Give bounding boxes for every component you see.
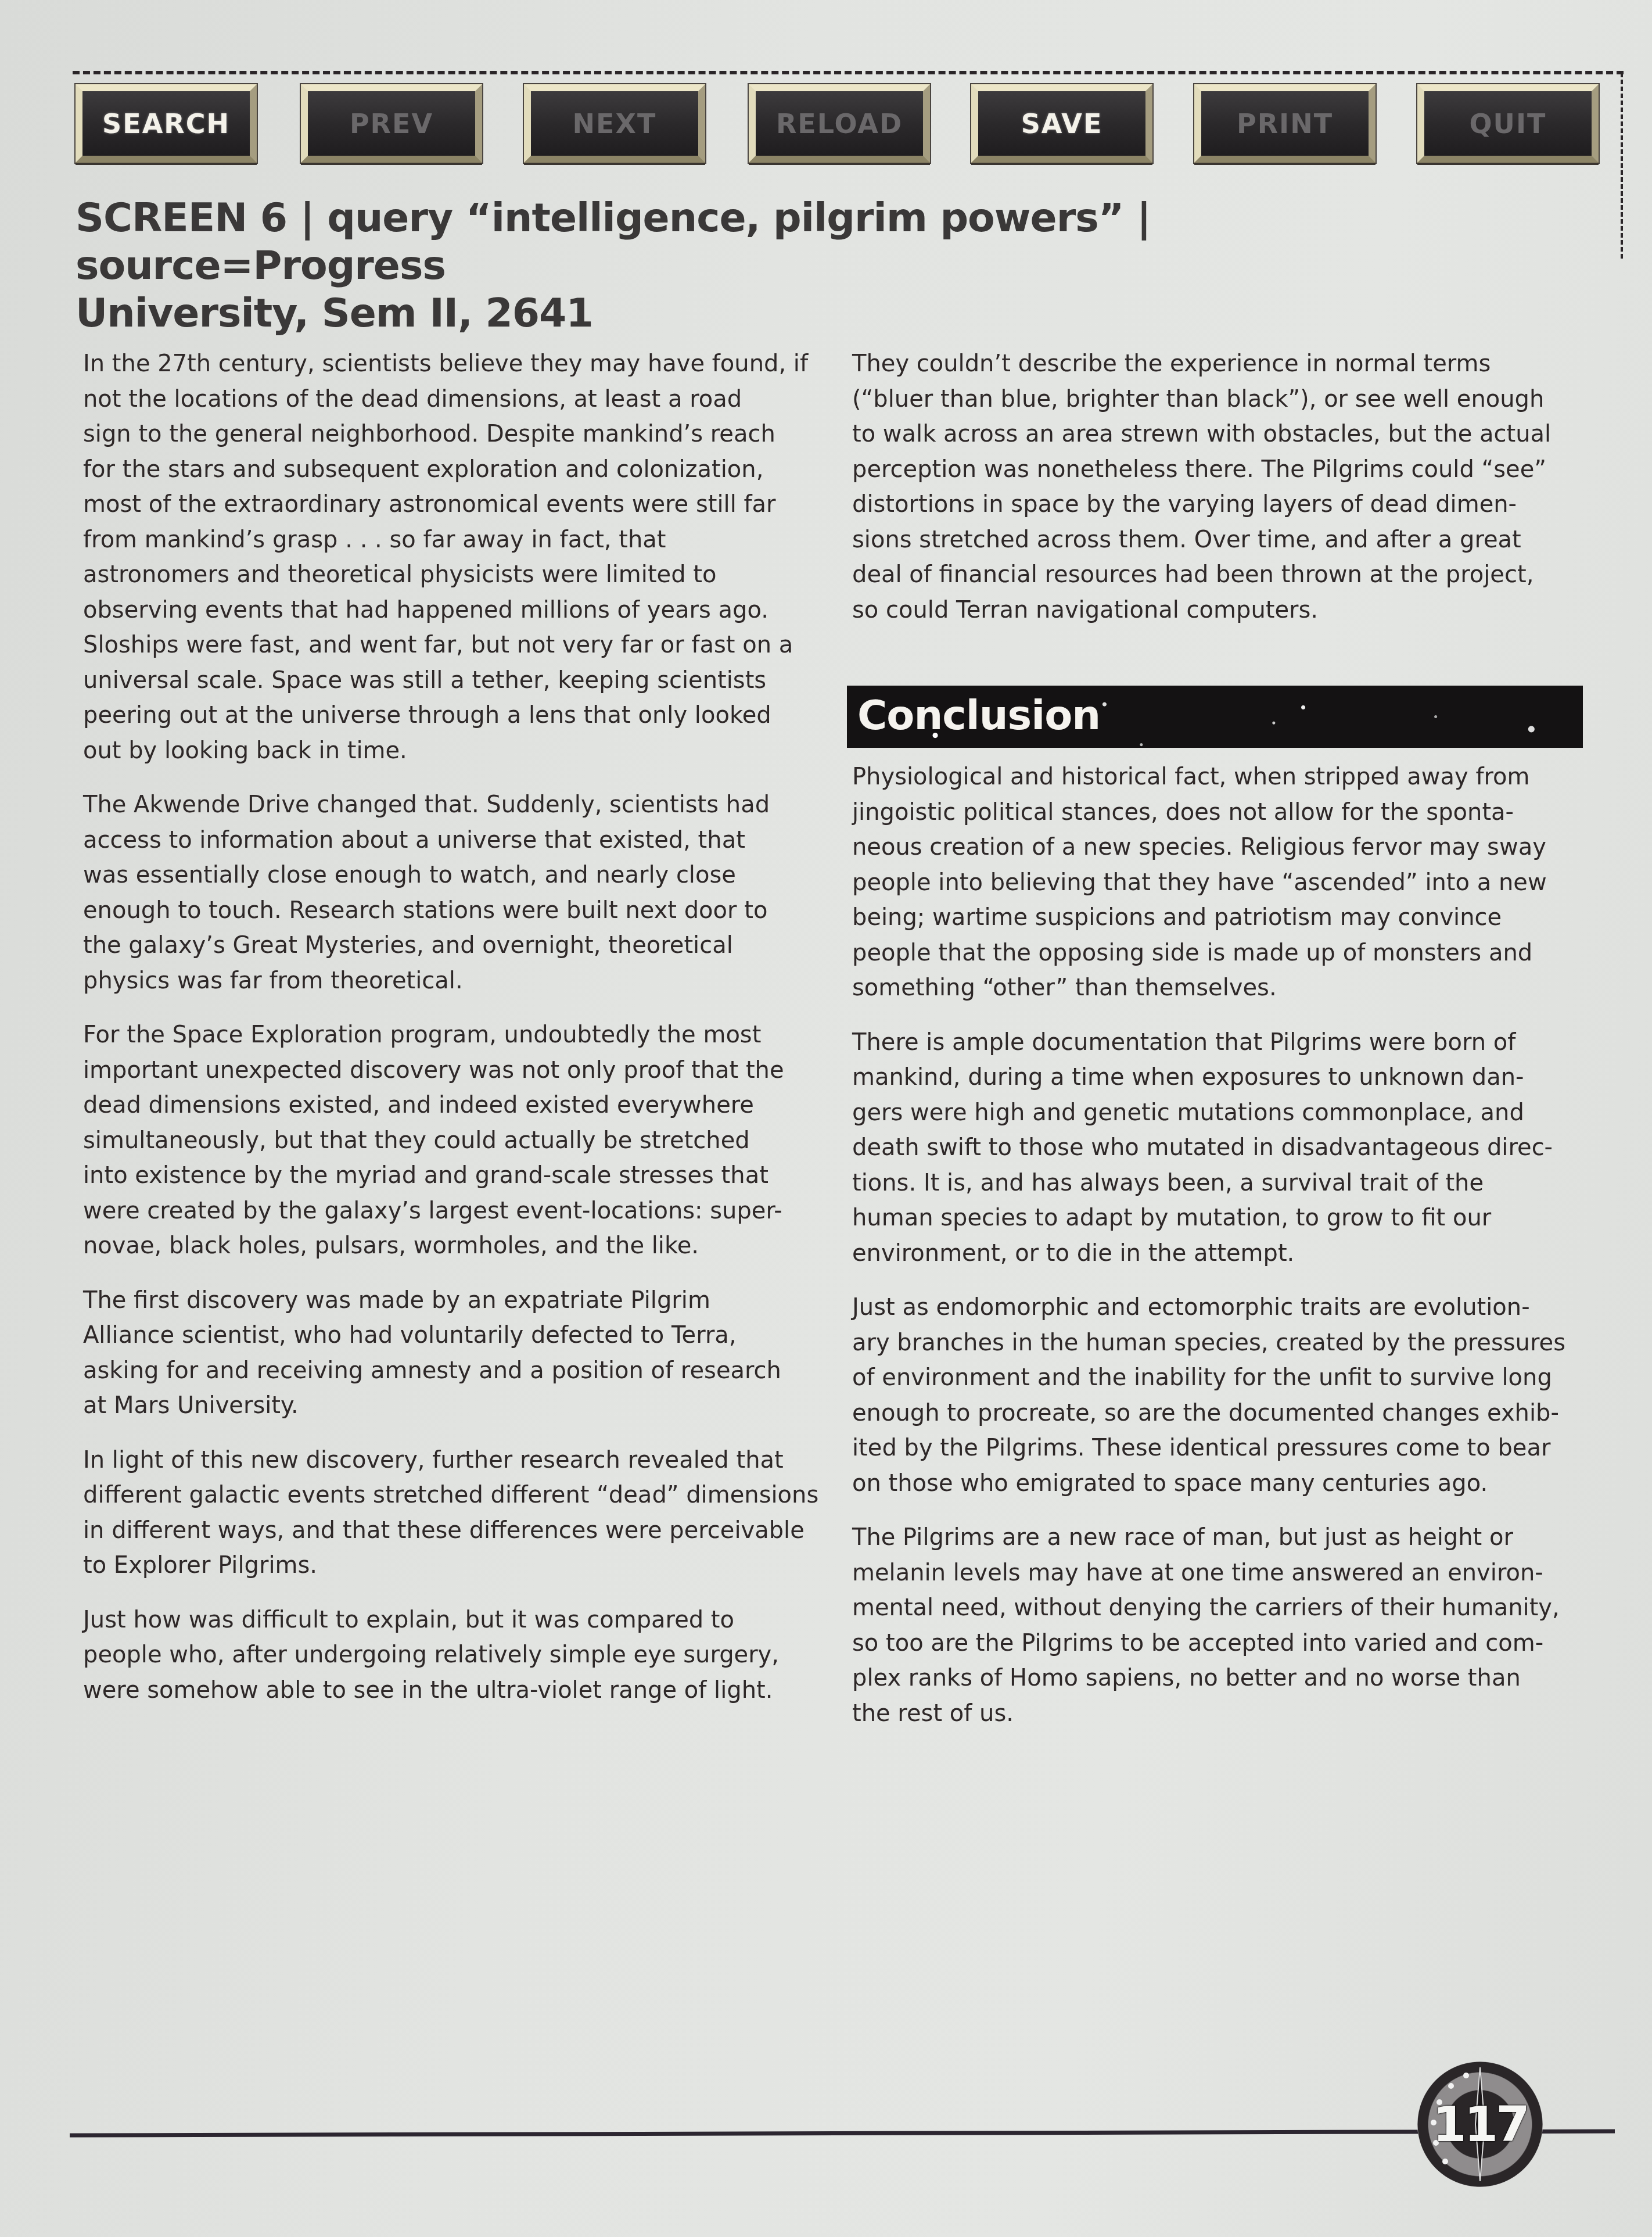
conclusion-heading: Conclusion (857, 691, 1100, 739)
text-line: physics was far from theoretical. (83, 963, 832, 999)
text-line: astronomers and theoretical physicists w… (83, 557, 832, 593)
text-line: universal scale. Space was still a tethe… (83, 663, 832, 698)
right-dashed-border (1621, 73, 1623, 259)
text-line: out by looking back in time. (83, 733, 832, 769)
text-line: tions. It is, and has always been, a sur… (852, 1166, 1601, 1201)
text-line: dead dimensions existed, and indeed exis… (83, 1088, 832, 1123)
print-button-label: PRINT (1237, 108, 1333, 139)
text-line: neous creation of a new species. Religio… (852, 830, 1601, 865)
toolbar: SEARCH PREV NEXT RELOAD SAVE PRINT QUIT (76, 84, 1603, 166)
text-line: Sloships were fast, and went far, but no… (83, 628, 832, 663)
text-line: something “other” than themselves. (852, 970, 1601, 1006)
text-line: There is ample documentation that Pilgri… (852, 1025, 1601, 1060)
prev-button-label: PREV (350, 108, 433, 139)
search-button[interactable]: SEARCH (76, 84, 257, 163)
print-button[interactable]: PRINT (1194, 84, 1376, 163)
text-line: In the 27th century, scientists believe … (83, 346, 832, 382)
text-line: gers were high and genetic mutations com… (852, 1095, 1601, 1131)
text-line: observing events that had happened milli… (83, 593, 832, 628)
page-title-line-1: SCREEN 6 | query “intelligence, pilgrim … (76, 195, 1470, 290)
text-line: in different ways, and that these differ… (83, 1513, 832, 1548)
text-line: for the stars and subsequent exploration… (83, 452, 832, 487)
text-line: Just as endomorphic and ectomorphic trai… (852, 1290, 1601, 1325)
paragraph: In the 27th century, scientists believe … (83, 346, 832, 768)
conclusion-heading-bar: Conclusion (847, 686, 1583, 748)
text-line: the galaxy’s Great Mysteries, and overni… (83, 928, 832, 963)
text-line: melanin levels may have at one time answ… (852, 1555, 1601, 1591)
text-line: to Explorer Pilgrims. (83, 1548, 832, 1583)
text-line: not the locations of the dead dimensions… (83, 382, 832, 417)
text-line: people who, after undergoing relatively … (83, 1637, 832, 1673)
text-line: being; wartime suspicions and patriotism… (852, 900, 1601, 935)
text-line: important unexpected discovery was not o… (83, 1053, 832, 1088)
text-line: Alliance scientist, who had voluntarily … (83, 1318, 832, 1353)
page-title-line-2: University, Sem II, 2641 (76, 290, 1470, 338)
text-line: perception was nonetheless there. The Pi… (852, 452, 1601, 487)
text-line: were created by the galaxy’s largest eve… (83, 1193, 832, 1229)
next-button[interactable]: NEXT (524, 84, 705, 163)
text-line: people that the opposing side is made up… (852, 935, 1601, 971)
text-line: mankind, during a time when exposures to… (852, 1060, 1601, 1095)
text-line: peering out at the universe through a le… (83, 698, 832, 733)
text-line: asking for and receiving amnesty and a p… (83, 1353, 832, 1389)
text-line: death swift to those who mutated in disa… (852, 1130, 1601, 1166)
page-title: SCREEN 6 | query “intelligence, pilgrim … (76, 195, 1470, 338)
text-line: ary branches in the human species, creat… (852, 1325, 1601, 1361)
text-line: The first discovery was made by an expat… (83, 1283, 832, 1318)
text-line: sign to the general neighborhood. Despit… (83, 417, 832, 452)
text-line: The Akwende Drive changed that. Suddenly… (83, 787, 832, 823)
next-button-label: NEXT (573, 108, 657, 139)
text-line: at Mars University. (83, 1388, 832, 1424)
footer-rule (70, 2130, 1615, 2138)
paragraph: For the Space Exploration program, undou… (83, 1017, 832, 1264)
text-line: the rest of us. (852, 1696, 1601, 1731)
search-button-label: SEARCH (102, 108, 230, 139)
text-line: plex ranks of Homo sapiens, no better an… (852, 1661, 1601, 1696)
reload-button-label: RELOAD (776, 108, 903, 139)
text-line: They couldn’t describe the experience in… (852, 346, 1601, 382)
paragraph: The Pilgrims are a new race of man, but … (852, 1520, 1601, 1731)
save-button[interactable]: SAVE (971, 84, 1152, 163)
paragraph: Physiological and historical fact, when … (852, 759, 1601, 1006)
text-line: In light of this new discovery, further … (83, 1443, 832, 1478)
left-column: In the 27th century, scientists believe … (83, 346, 832, 1727)
text-line: ited by the Pilgrims. These identical pr… (852, 1431, 1601, 1466)
page-number-badge: 117 (1417, 2062, 1543, 2187)
paragraph: They couldn’t describe the experience in… (852, 346, 1601, 628)
text-line: environment, or to die in the attempt. (852, 1236, 1601, 1271)
text-line: human species to adapt by mutation, to g… (852, 1200, 1601, 1236)
text-line: from mankind’s grasp . . . so far away i… (83, 522, 832, 558)
quit-button[interactable]: QUIT (1417, 84, 1599, 163)
right-column: They couldn’t describe the experience in… (852, 346, 1601, 647)
text-line: so could Terran navigational computers. (852, 593, 1601, 628)
text-line: distortions in space by the varying laye… (852, 487, 1601, 522)
text-line: different galactic events stretched diff… (83, 1478, 832, 1513)
paragraph: The first discovery was made by an expat… (83, 1283, 832, 1424)
text-line: The Pilgrims are a new race of man, but … (852, 1520, 1601, 1555)
text-line: to walk across an area strewn with obsta… (852, 417, 1601, 452)
text-line: enough to procreate, so are the document… (852, 1396, 1601, 1431)
text-line: was essentially close enough to watch, a… (83, 858, 832, 893)
text-line: most of the extraordinary astronomical e… (83, 487, 832, 522)
paragraph: Just how was difficult to explain, but i… (83, 1603, 832, 1708)
text-line: were somehow able to see in the ultra-vi… (83, 1673, 832, 1708)
text-line: on those who emigrated to space many cen… (852, 1466, 1601, 1501)
conclusion-body: Physiological and historical fact, when … (852, 759, 1601, 1750)
prev-button[interactable]: PREV (301, 84, 482, 163)
reload-button[interactable]: RELOAD (749, 84, 930, 163)
paragraph: Just as endomorphic and ectomorphic trai… (852, 1290, 1601, 1501)
text-line: so too are the Pilgrims to be accepted i… (852, 1626, 1601, 1661)
save-button-label: SAVE (1021, 108, 1103, 139)
text-line: Just how was difficult to explain, but i… (83, 1603, 832, 1638)
top-dashed-border (73, 71, 1624, 74)
text-line: people into believing that they have “as… (852, 865, 1601, 901)
paragraph: In light of this new discovery, further … (83, 1443, 832, 1583)
text-line: jingoistic political stances, does not a… (852, 795, 1601, 830)
quit-button-label: QUIT (1470, 108, 1547, 139)
text-line: (“bluer than blue, brighter than black”)… (852, 382, 1601, 417)
text-line: novae, black holes, pulsars, wormholes, … (83, 1228, 832, 1264)
paragraph: There is ample documentation that Pilgri… (852, 1025, 1601, 1271)
text-line: into existence by the myriad and grand-s… (83, 1158, 832, 1193)
page-number: 117 (1417, 2062, 1543, 2187)
text-line: deal of financial resources had been thr… (852, 557, 1601, 593)
text-line: of environment and the inability for the… (852, 1360, 1601, 1396)
paragraph: The Akwende Drive changed that. Suddenly… (83, 787, 832, 998)
text-line: access to information about a universe t… (83, 823, 832, 858)
text-line: For the Space Exploration program, undou… (83, 1017, 832, 1053)
text-line: sions stretched across them. Over time, … (852, 522, 1601, 558)
text-line: mental need, without denying the carrier… (852, 1590, 1601, 1626)
text-line: simultaneously, but that they could actu… (83, 1123, 832, 1159)
text-line: Physiological and historical fact, when … (852, 759, 1601, 795)
text-line: enough to touch. Research stations were … (83, 893, 832, 929)
